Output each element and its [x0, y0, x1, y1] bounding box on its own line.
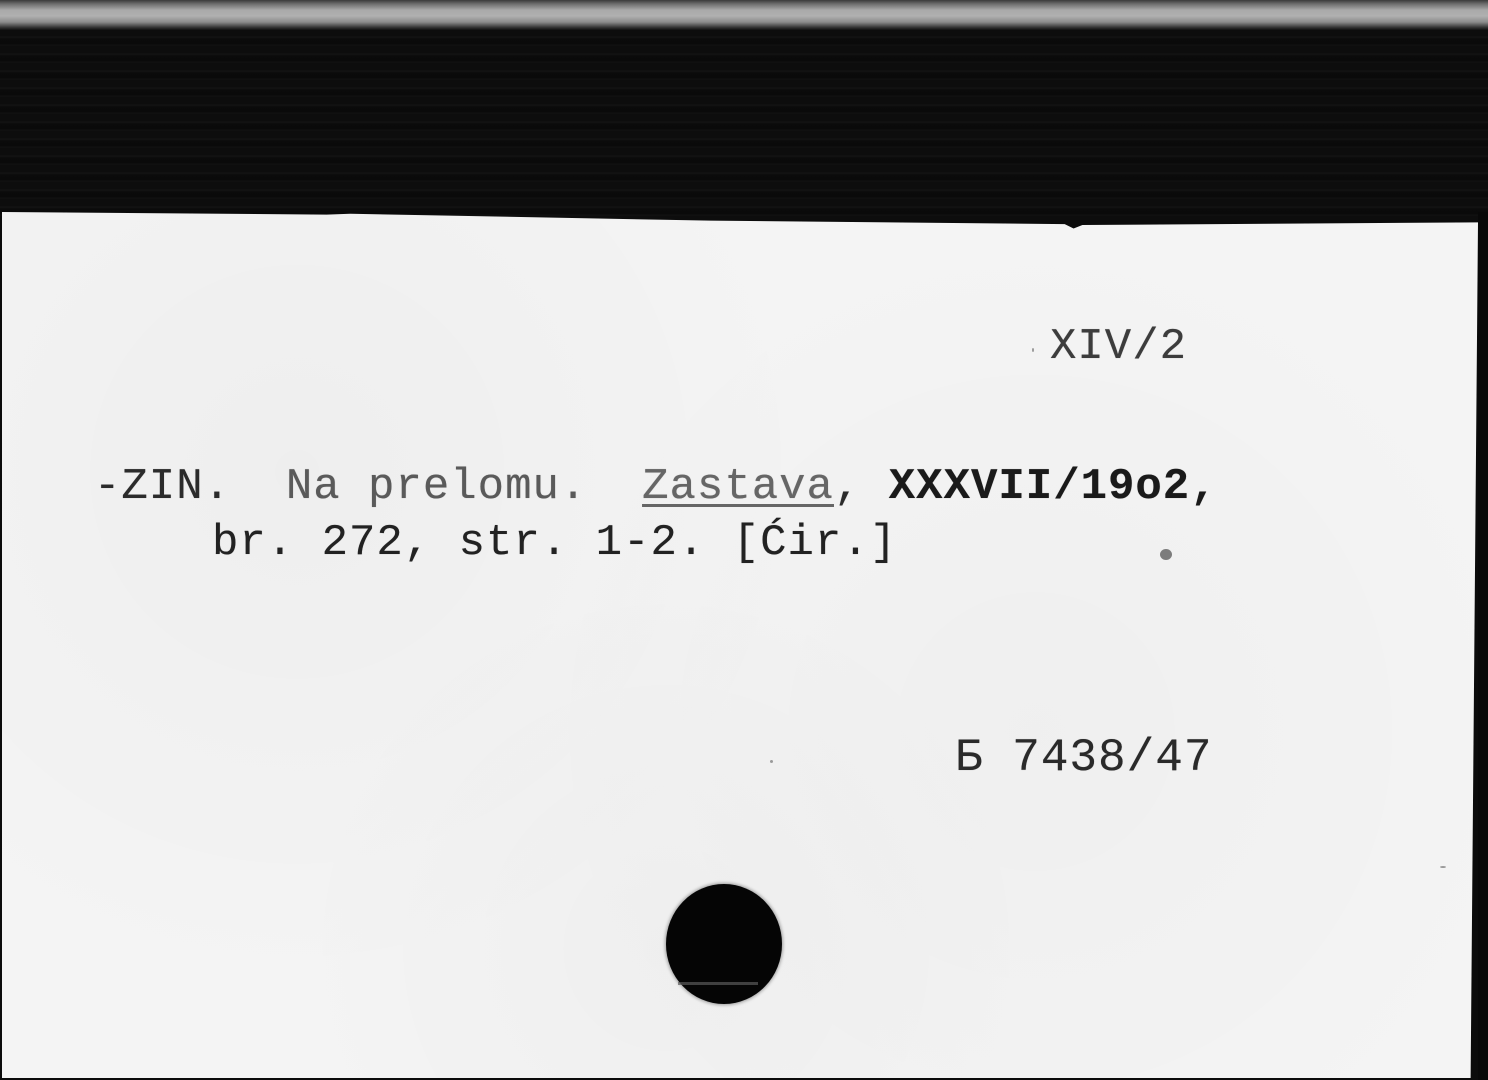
publication-name: Zastava [642, 462, 834, 512]
call-number: XIV/2 [1050, 322, 1187, 372]
scanner-top-edge [0, 0, 1488, 30]
script-note: [Ćir.] [733, 518, 897, 568]
entry-line-1: -ZIN. Na prelomu. Zastava, XXXVII/19o2, [94, 462, 1218, 512]
volume-year: XXXVII/19o2, [889, 462, 1218, 512]
speck [770, 760, 773, 763]
issue-pages: br. 272, str. 1-2. [212, 518, 705, 568]
speck [1440, 866, 1446, 868]
publication-comma: , [834, 462, 861, 512]
speck [1032, 348, 1034, 352]
scanner-background [0, 30, 1488, 220]
scanner-right-edge [1478, 212, 1488, 1080]
scan-frame: XIV/2 -ZIN. Na prelomu. Zastava, XXXVII/… [0, 0, 1488, 1080]
ink-dot [1160, 549, 1172, 560]
punch-hole [666, 884, 782, 1004]
title: Na prelomu. [286, 462, 587, 512]
author: -ZIN. [94, 462, 231, 512]
entry-line-2: br. 272, str. 1-2. [Ćir.] [212, 518, 897, 568]
accession-number: Б 7438/47 [955, 732, 1212, 784]
